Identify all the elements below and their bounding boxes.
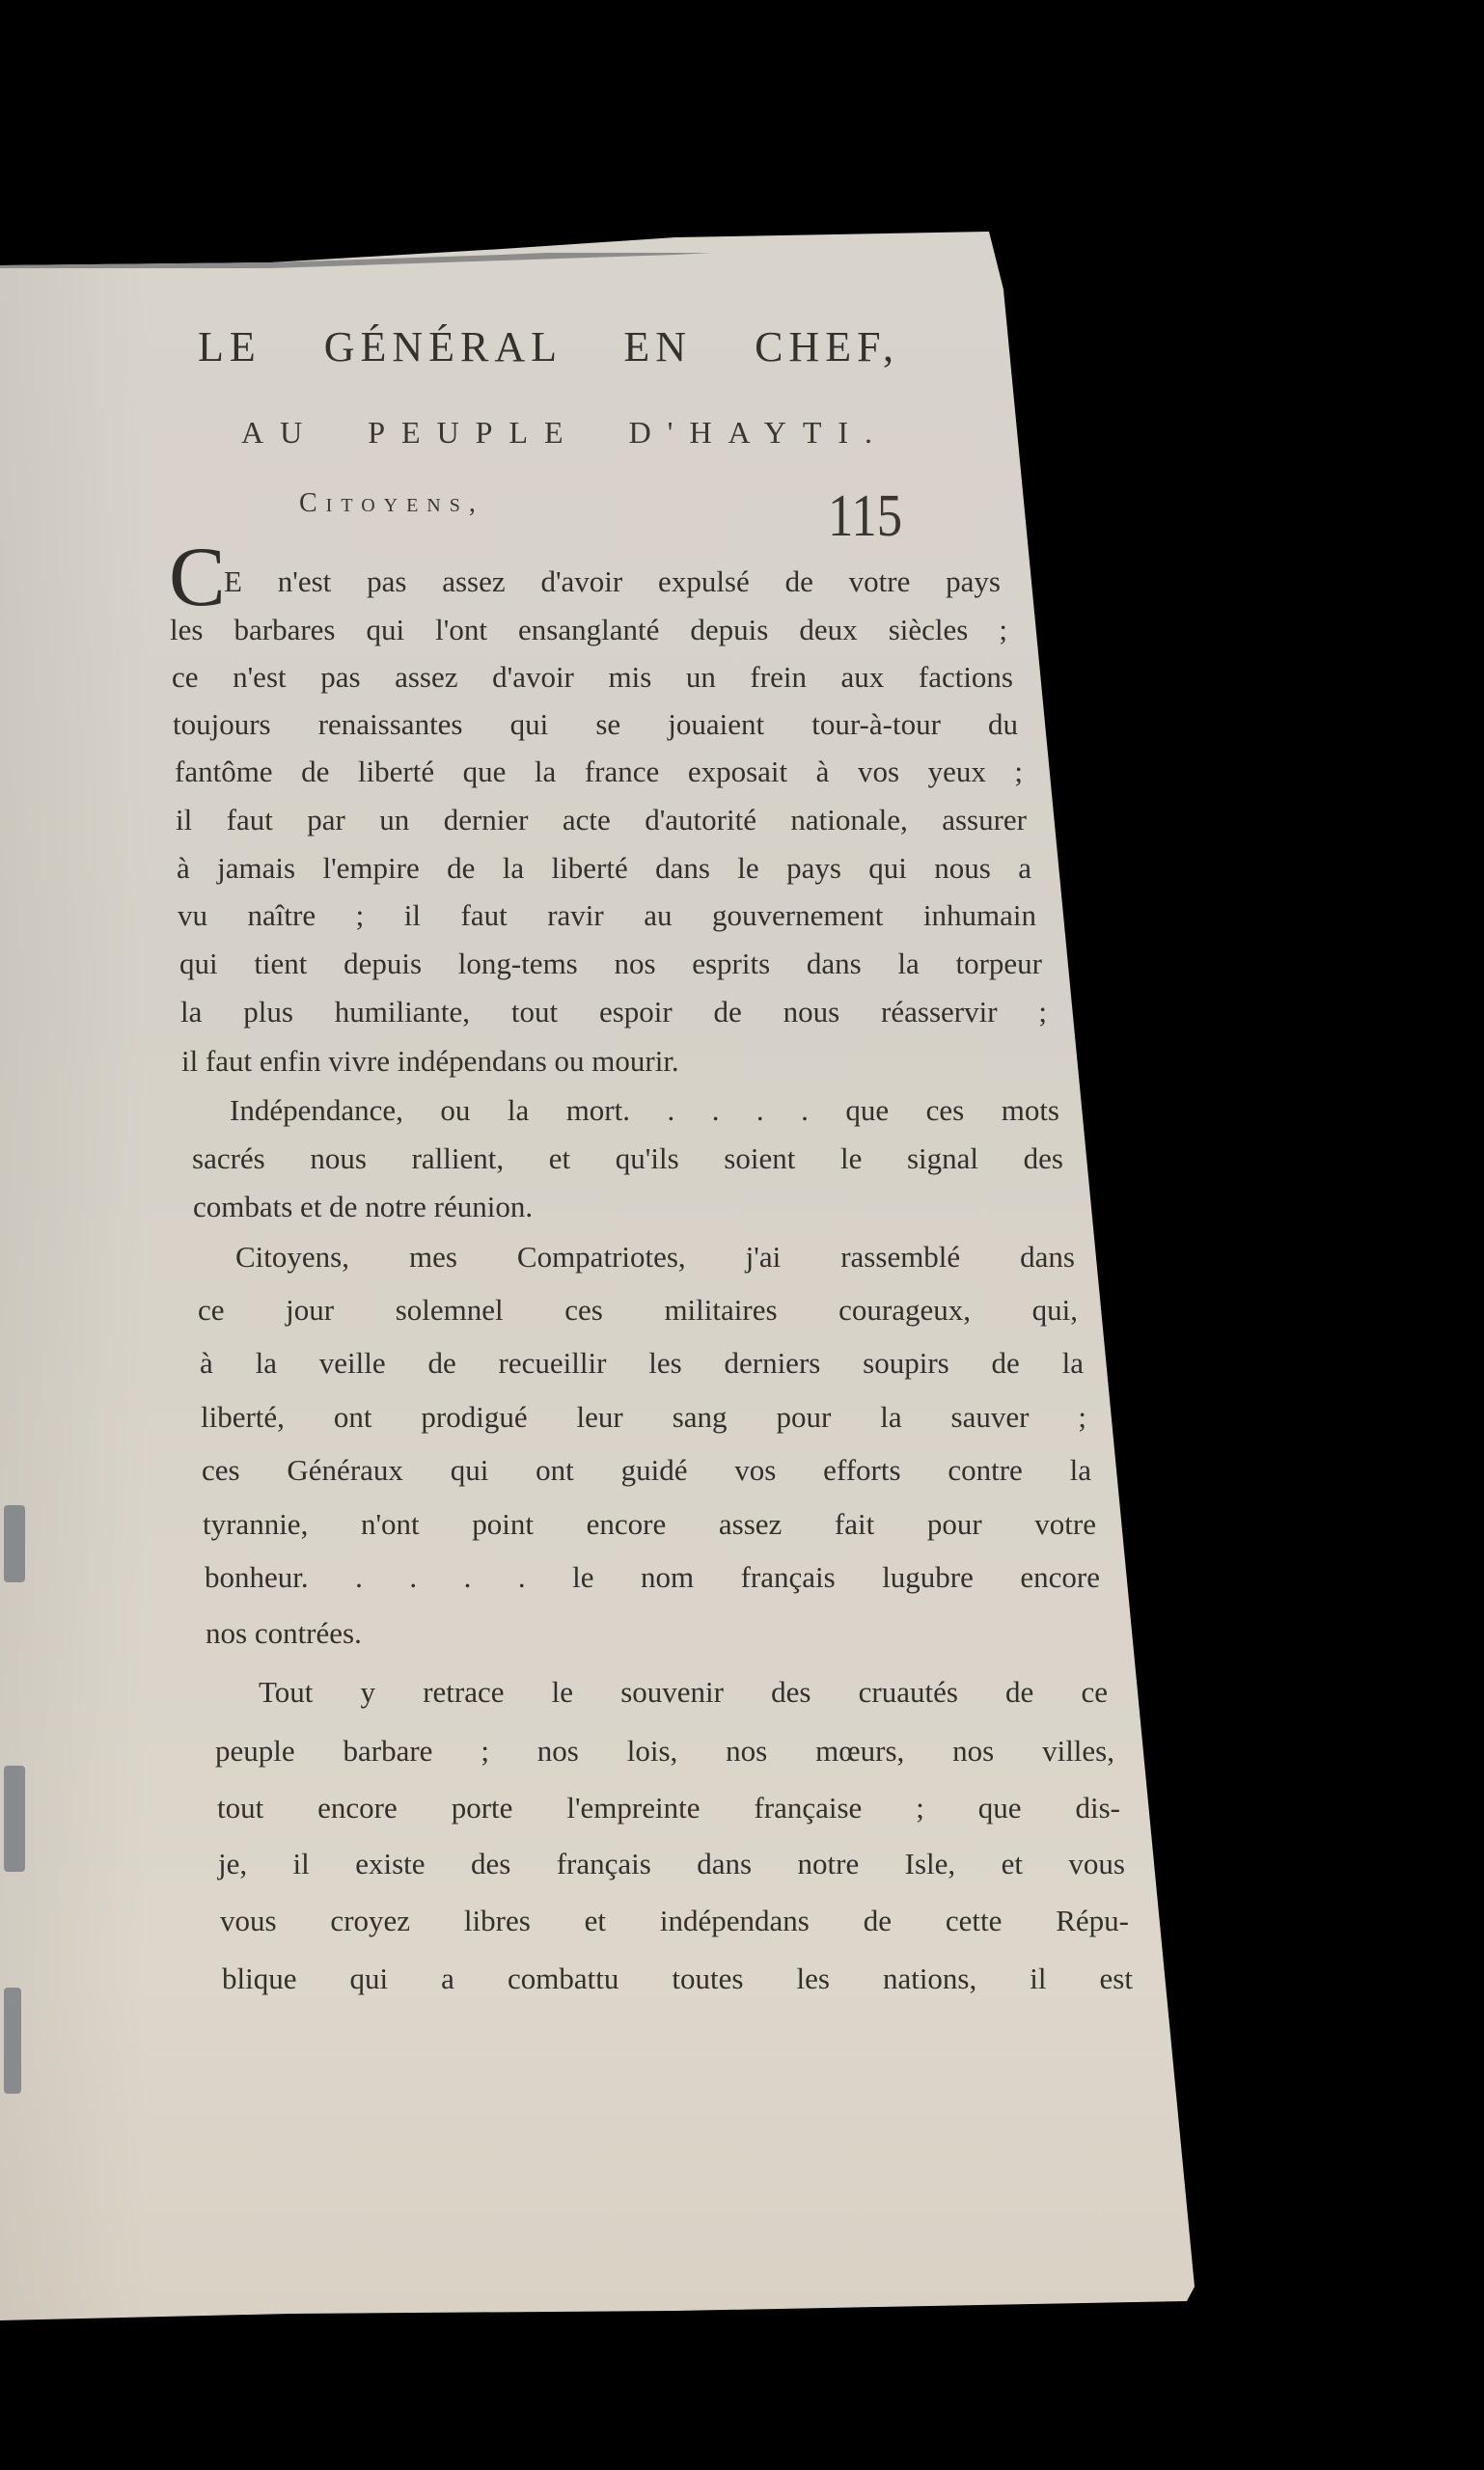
text-line: sacrés nous rallient, et qu'ils soient l… [192,1141,1063,1176]
text-line: Citoyens, mes Compatriotes, j'ai rassemb… [235,1240,1075,1275]
text-line: qui tient depuis long-tems nos esprits d… [179,947,1042,981]
text-line: à jamais l'empire de la liberté dans le … [177,851,1031,886]
body-text: E n'est pas assez d'avoir expulsé de vot… [0,0,1484,2470]
text-line: à la veille de recueillir les derniers s… [200,1346,1084,1381]
text-line: je, il existe des français dans notre Is… [218,1847,1125,1881]
text-line: bonheur. . . . . le nom français lugubre… [205,1560,1100,1595]
text-line: E n'est pas assez d'avoir expulsé de vot… [224,564,1001,599]
text-line: peuple barbare ; nos lois, nos mœurs, no… [215,1734,1114,1769]
text-line: tyrannie, n'ont point encore assez fait … [203,1507,1096,1542]
text-line: ce n'est pas assez d'avoir mis un frein … [172,660,1013,695]
text-line: vu naître ; il faut ravir au gouvernemen… [178,898,1036,933]
text-line: fantôme de liberté que la france exposai… [175,755,1023,789]
text-line: vous croyez libres et indépendans de cet… [220,1904,1129,1938]
text-line: toujours renaissantes qui se jouaient to… [173,707,1018,742]
text-line: Indépendance, ou la mort. . . . . que ce… [230,1093,1059,1128]
text-line: Tout y retrace le souvenir des cruautés … [259,1675,1108,1710]
text-line: tout encore porte l'empreinte française … [217,1791,1120,1825]
text-line: combats et de notre réunion. [193,1190,646,1224]
text-line: ce jour solemnel ces militaires courageu… [198,1293,1078,1328]
text-line: les barbares qui l'ont ensanglanté depui… [170,613,1007,647]
text-line: blique qui a combattu toutes les nations… [222,1962,1133,1996]
text-line: il faut enfin vivre indépendans ou mouri… [181,1044,741,1079]
text-line: liberté, ont prodigué leur sang pour la … [201,1400,1086,1435]
text-line: ces Généraux qui ont guidé vos efforts c… [202,1453,1091,1488]
text-line: nos contrées. [206,1616,437,1651]
text-line: il faut par un dernier acte d'autorité n… [176,803,1027,837]
text-line: la plus humiliante, tout espoir de nous … [180,995,1047,1029]
